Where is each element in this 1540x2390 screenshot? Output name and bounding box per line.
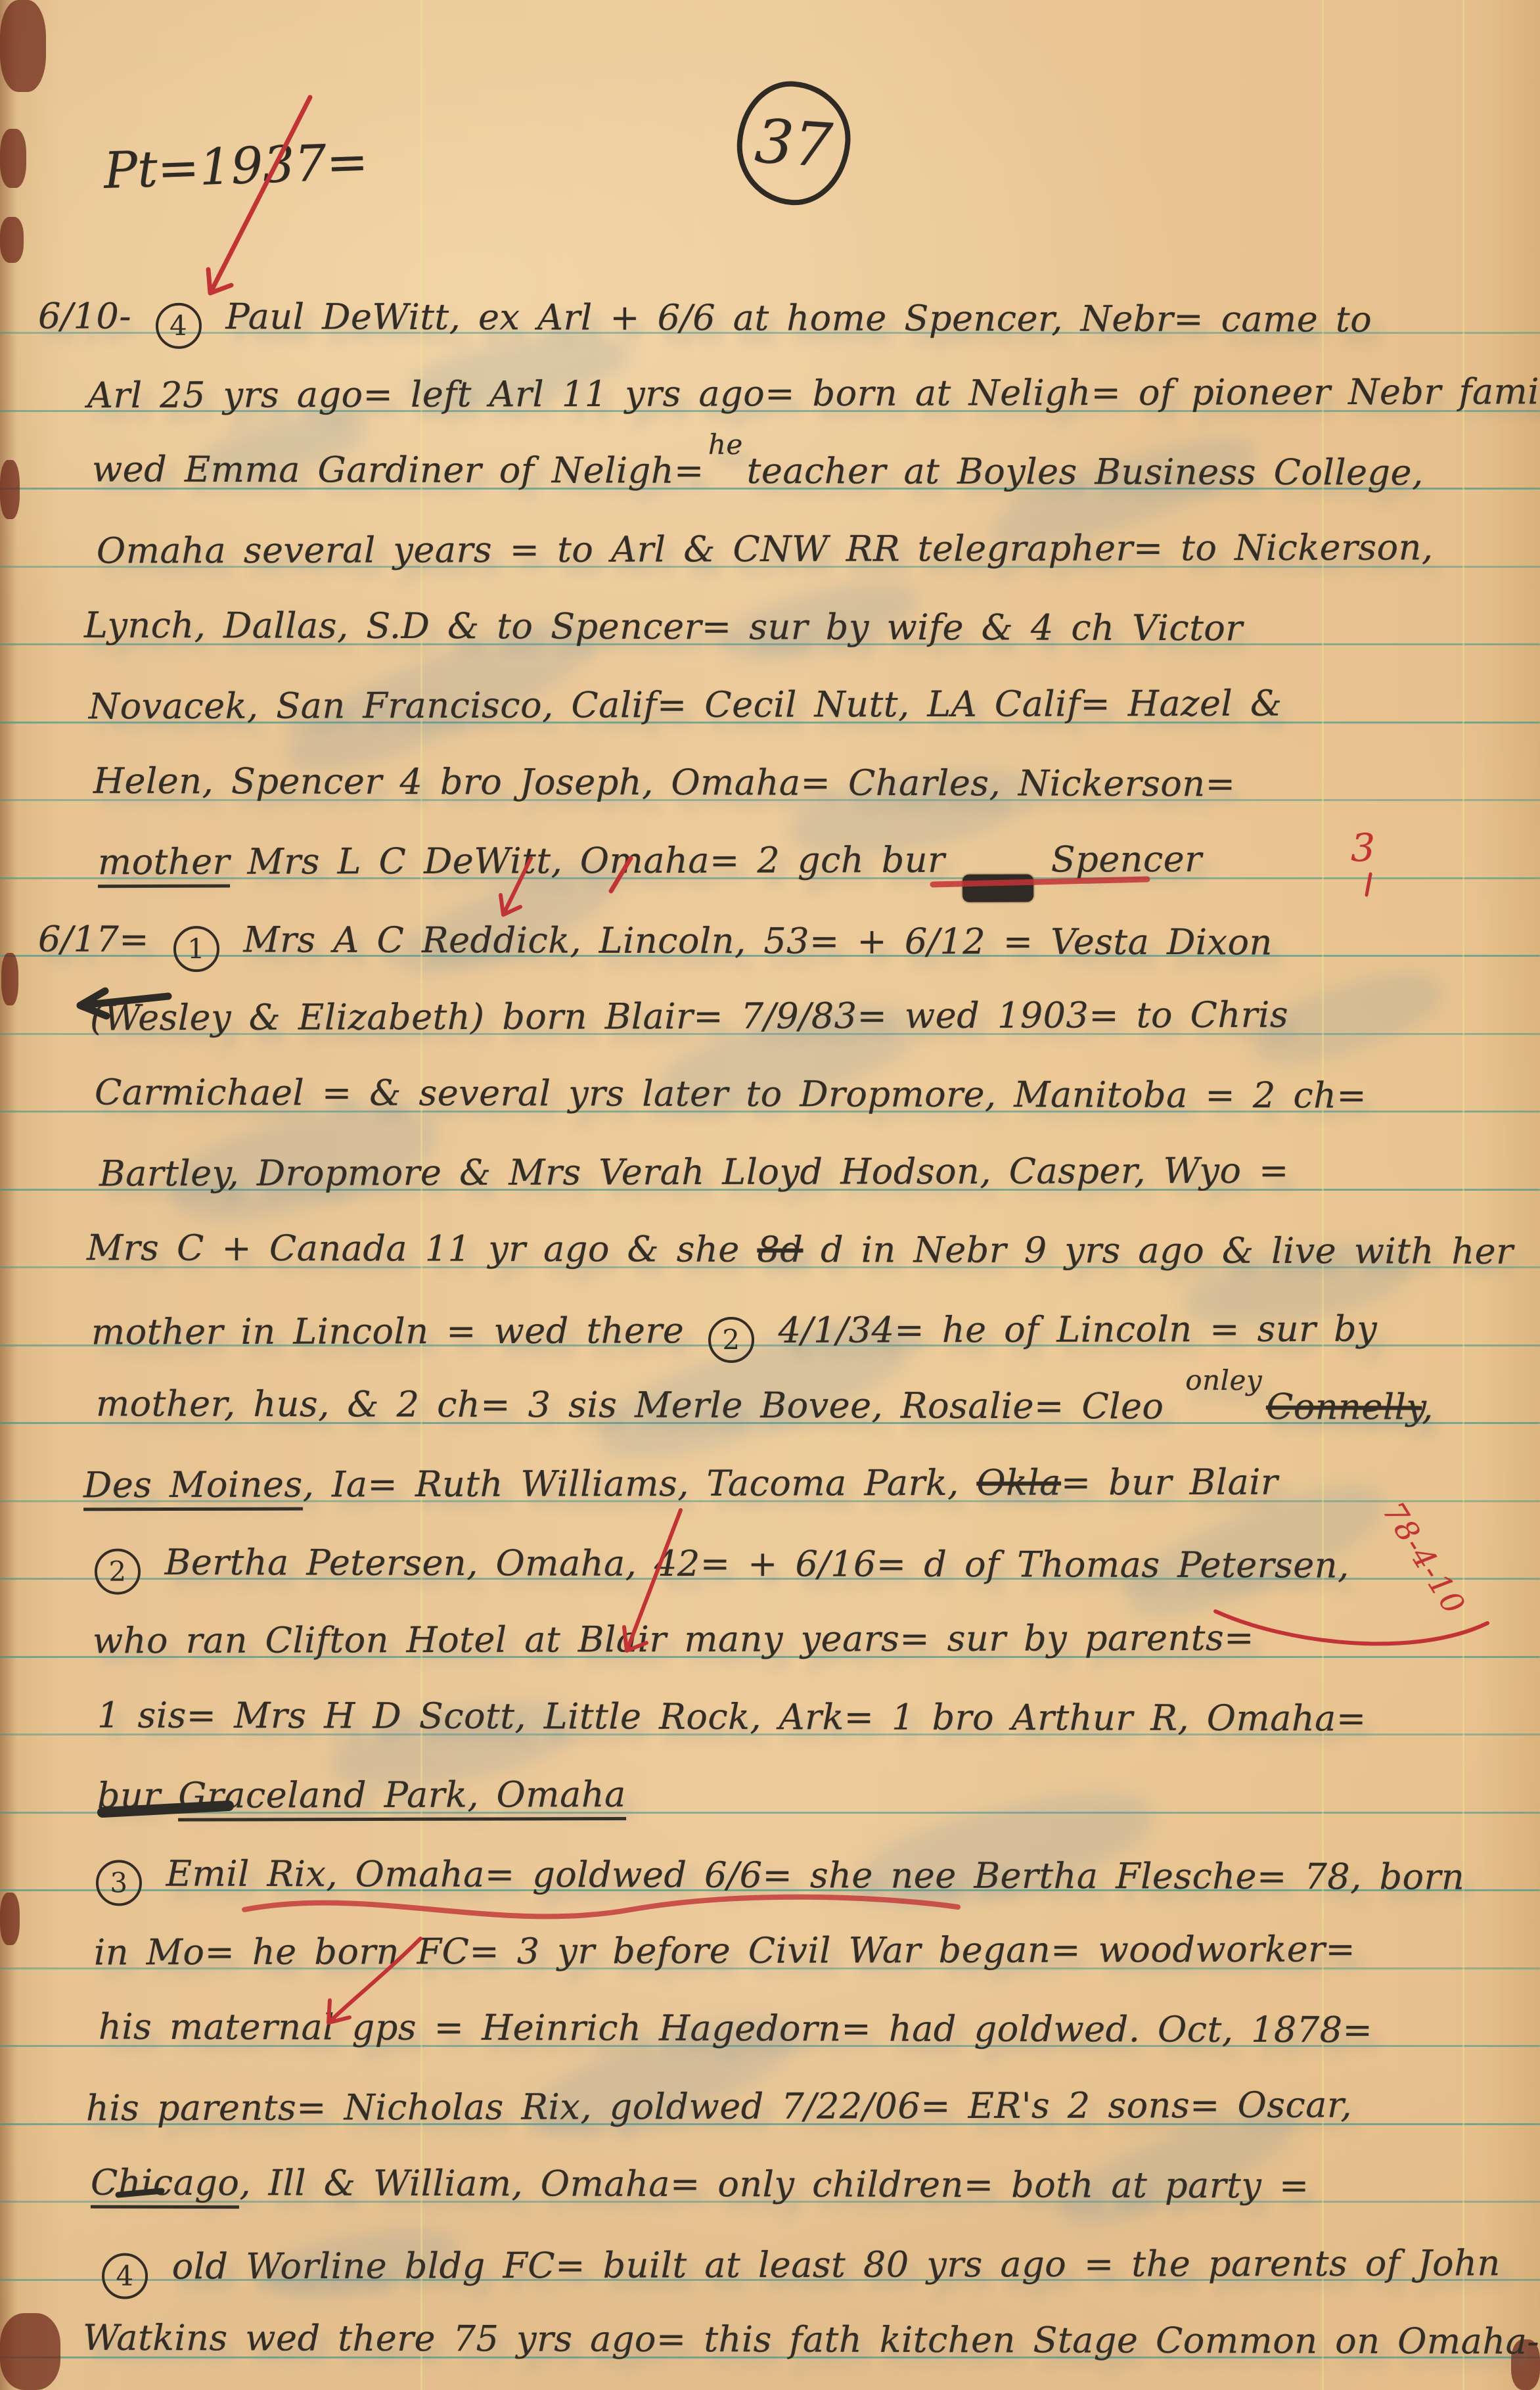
scan-edge-blob bbox=[0, 217, 24, 263]
scan-edge-blob bbox=[0, 2313, 60, 2390]
handwritten-line: Watkins wed there 75 yrs ago= this fath … bbox=[83, 2320, 1540, 2360]
scan-edge-blob bbox=[0, 129, 26, 188]
handwritten-line: 1 sis= Mrs H D Scott, Little Rock, Ark= … bbox=[97, 1697, 1367, 1736]
handwritten-line: Chicago, Ill & William, Omaha= only chil… bbox=[91, 2165, 1309, 2204]
page-header-code: Pt=1937= bbox=[103, 132, 369, 200]
handwriting-segment: Mrs L C DeWitt, Omaha= 2 gch bur bbox=[230, 839, 962, 883]
handwritten-line: (Wesley & Elizabeth) born Blair= 7/9/83=… bbox=[90, 998, 1288, 1036]
handwriting-segment: (Wesley & Elizabeth) born Blair= 7/9/83=… bbox=[90, 994, 1288, 1039]
handwriting-segment: 4 bbox=[156, 303, 202, 349]
handwriting-segment: , Ia= Ruth Williams, Tacoma Park, bbox=[303, 1462, 977, 1505]
handwriting-segment: Graceland Park, Omaha bbox=[178, 1774, 626, 1822]
red-margin-note-3: 3 bbox=[1351, 825, 1375, 870]
notebook-page: Pt=1937= 37 6/10- 4 Paul DeWitt, ex Arl … bbox=[0, 0, 1540, 2390]
handwriting-segment: mother in Lincoln = wed there bbox=[91, 1310, 702, 1352]
handwriting-segment: Bertha Petersen, Omaha, 42= + 6/16= d of… bbox=[147, 1542, 1349, 1586]
handwriting-segment: 2 bbox=[95, 1549, 141, 1595]
handwriting-segment: wed Emma Gardiner of Neligh= bbox=[92, 448, 704, 491]
handwriting-segment: Paul DeWitt, ex Arl + 6/6 at home Spence… bbox=[208, 296, 1372, 340]
handwriting-segment: 3 bbox=[96, 1860, 142, 1906]
handwriting-segment: Novacek, San Francisco, Calif= Cecil Nut… bbox=[89, 683, 1282, 727]
scan-edge-blob bbox=[1, 953, 18, 1005]
red-margin-note-78-4-10: 78-4-10 bbox=[1376, 1496, 1472, 1621]
handwriting-segment: his parents= Nicholas Rix, goldwed 7/22/… bbox=[86, 2084, 1352, 2128]
handwriting-segment: 4/1/34= he of Lincoln = sur by bbox=[761, 1308, 1377, 1350]
handwriting-segment: old Worline bldg FC= built at least 80 y… bbox=[154, 2242, 1501, 2287]
handwritten-line: 3 Emil Rix, Omaha= goldwed 6/6= she nee … bbox=[89, 1853, 1464, 1902]
handwriting-segment: 8d bbox=[757, 1229, 803, 1270]
handwritten-line: Helen, Spencer 4 bro Joseph, Omaha= Char… bbox=[93, 764, 1236, 802]
page-number-circled: 37 bbox=[733, 78, 855, 209]
handwriting-segment: 6/17= bbox=[38, 919, 167, 961]
handwriting-segment: Emil Rix, Omaha= goldwed 6/6= she nee Be… bbox=[148, 1852, 1464, 1897]
handwritten-line: his maternal gps = Heinrich Hagedorn= ha… bbox=[99, 2009, 1372, 2048]
handwriting-segment: who ran Clifton Hotel at Blair many year… bbox=[93, 1617, 1254, 1662]
handwriting-segment: Watkins wed there 75 yrs ago= this fath … bbox=[83, 2317, 1540, 2362]
handwriting-segment: Bartley, Dropmore & Mrs Verah Lloyd Hods… bbox=[99, 1150, 1289, 1195]
handwritten-line: Omaha several years = to Arl & CNW RR te… bbox=[97, 530, 1434, 568]
handwriting-segment: mother bbox=[98, 841, 230, 888]
handwritten-line: 6/17= 1 Mrs A C Reddick, Lincoln, 53= + … bbox=[38, 919, 1273, 969]
handwriting-segment: Spencer bbox=[1033, 839, 1202, 881]
handwriting-segment: d in Nebr 9 yrs ago & live with her bbox=[803, 1229, 1513, 1272]
handwritten-line: Carmichael = & several yrs later to Drop… bbox=[95, 1074, 1367, 1113]
handwriting-segment: , bbox=[1422, 1387, 1434, 1428]
handwriting-segment: Omaha several years = to Arl & CNW RR te… bbox=[97, 526, 1434, 571]
scan-edge-blob bbox=[0, 0, 46, 92]
handwriting-segment: Mrs A C Reddick, Lincoln, 53= + 6/12 = V… bbox=[226, 919, 1273, 963]
handwritten-line: 6/10- 4 Paul DeWitt, ex Arl + 6/6 at hom… bbox=[38, 296, 1372, 345]
handwriting-segment: ███ bbox=[962, 874, 1033, 902]
handwritten-line: mother, hus, & 2 ch= 3 sis Merle Bovee, … bbox=[96, 1386, 1434, 1425]
handwriting-segment: mother, hus, & 2 ch= 3 sis Merle Bovee, … bbox=[96, 1383, 1181, 1427]
handwritten-line: Mrs C + Canada 11 yr ago & she 8d d in N… bbox=[87, 1230, 1514, 1270]
handwriting-segment: his maternal gps = Heinrich Hagedorn= ha… bbox=[99, 2006, 1372, 2050]
scan-edge-blob bbox=[0, 460, 20, 519]
handwriting-segment: Chicago bbox=[91, 2162, 240, 2209]
handwritten-line: mother in Lincoln = wed there 2 4/1/34= … bbox=[91, 1308, 1377, 1358]
handwritten-line: who ran Clifton Hotel at Blair many year… bbox=[93, 1620, 1254, 1659]
fold-line bbox=[1462, 0, 1464, 2390]
handwritten-line: Lynch, Dallas, S.D & to Spencer= sur by … bbox=[84, 608, 1243, 647]
handwriting-segment: = bur Blair bbox=[1061, 1461, 1279, 1504]
handwriting-segment: teacher at Boyles Business College, bbox=[747, 450, 1424, 494]
handwritten-line: Arl 25 yrs ago= left Arl 11 yrs ago= bor… bbox=[87, 374, 1540, 413]
handwriting-segment: Arl 25 yrs ago= left Arl 11 yrs ago= bor… bbox=[87, 371, 1540, 416]
handwriting-segment: 6/10- bbox=[38, 295, 149, 336]
paper-left-edge-shadow bbox=[0, 0, 17, 2390]
handwritten-line: Des Moines, Ia= Ruth Williams, Tacoma Pa… bbox=[83, 1465, 1278, 1504]
handwriting-segment: bur bbox=[97, 1775, 178, 1816]
handwritten-line: wed Emma Gardiner of Neligh=heteacher at… bbox=[92, 451, 1424, 490]
handwritten-line: his parents= Nicholas Rix, goldwed 7/22/… bbox=[86, 2087, 1352, 2126]
handwritten-line: 2 Bertha Petersen, Omaha, 42= + 6/16= d … bbox=[88, 1542, 1349, 1591]
handwritten-line: in Mo= he born FC= 3 yr before Civil War… bbox=[94, 1931, 1355, 1970]
handwriting-segment: 2 bbox=[708, 1317, 754, 1363]
handwriting-segment: onley bbox=[1185, 1367, 1262, 1394]
scan-edge-blob bbox=[0, 1893, 20, 1945]
handwriting-segment: Mrs C + Canada 11 yr ago & she bbox=[87, 1227, 758, 1270]
handwritten-line: 4 old Worline bldg FC= built at least 80… bbox=[95, 2243, 1501, 2293]
handwritten-line: mother Mrs L C DeWitt, Omaha= 2 gch bur … bbox=[98, 842, 1202, 902]
handwritten-line: bur Graceland Park, Omaha bbox=[97, 1777, 626, 1814]
handwriting-segment: 4 bbox=[102, 2253, 148, 2299]
ink-smudge bbox=[848, 1772, 1162, 1927]
handwriting-segment: Okla bbox=[976, 1461, 1061, 1503]
handwriting-segment: Des Moines bbox=[83, 1464, 303, 1511]
handwritten-line: Novacek, San Francisco, Calif= Cecil Nut… bbox=[89, 686, 1282, 725]
handwriting-segment: , Ill & William, Omaha= only children= b… bbox=[239, 2162, 1309, 2206]
handwriting-segment: Carmichael = & several yrs later to Drop… bbox=[95, 1071, 1367, 1116]
handwriting-segment: Connelly bbox=[1266, 1386, 1422, 1428]
handwriting-segment: 1 sis= Mrs H D Scott, Little Rock, Ark= … bbox=[97, 1694, 1367, 1739]
handwriting-segment: in Mo= he born FC= 3 yr before Civil War… bbox=[94, 1928, 1355, 1973]
handwriting-segment: Helen, Spencer 4 bro Joseph, Omaha= Char… bbox=[93, 760, 1236, 805]
handwritten-line: Bartley, Dropmore & Mrs Verah Lloyd Hods… bbox=[99, 1153, 1289, 1192]
handwriting-segment: 1 bbox=[173, 926, 219, 972]
handwriting-segment: he bbox=[708, 431, 743, 459]
handwriting-segment: Lynch, Dallas, S.D & to Spencer= sur by … bbox=[84, 605, 1243, 649]
